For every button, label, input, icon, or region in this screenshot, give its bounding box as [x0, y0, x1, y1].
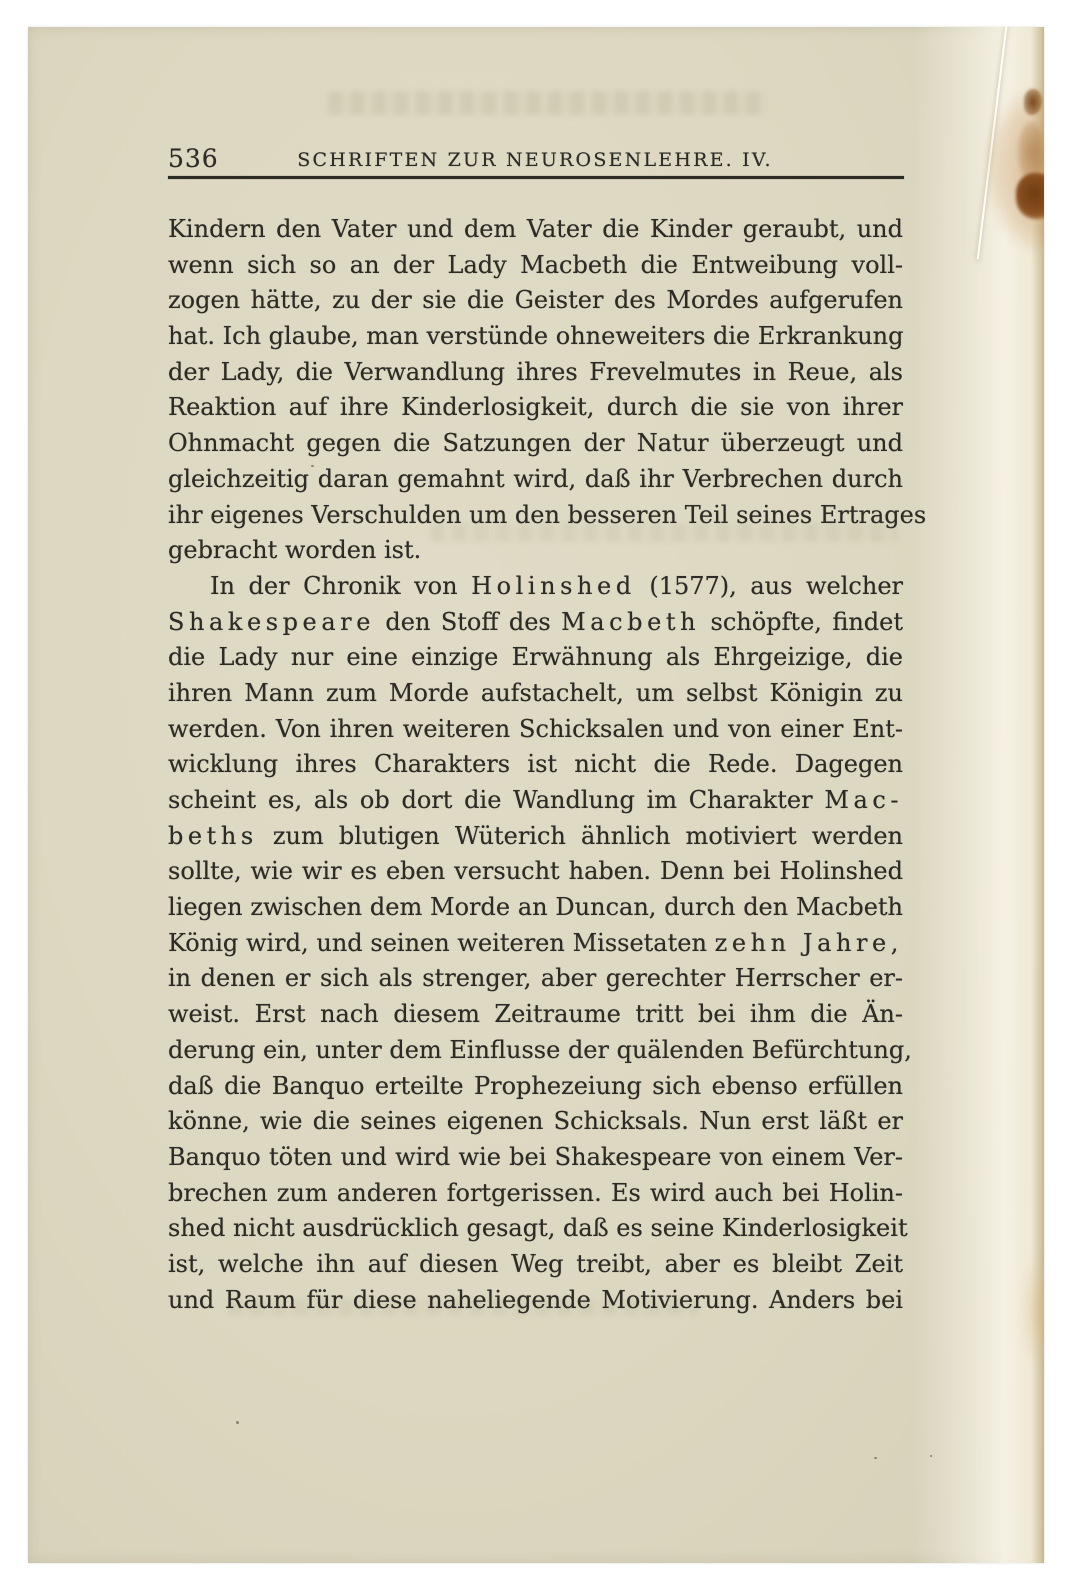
- text-line: ihren Mann zum Morde aufstachelt, um sel…: [168, 676, 903, 712]
- book-page-sheet: 536 SCHRIFTEN ZUR NEUROSENLEHRE. IV. Kin…: [28, 27, 1044, 1563]
- text-line: hat. Ich glaube, man verstünde ohneweite…: [168, 319, 903, 355]
- text-line: der Lady, die Verwandlung ihres Frevelmu…: [168, 355, 903, 391]
- show-through-ghost: [328, 91, 768, 115]
- text-line: daß die Banquo erteilte Prophezeiung sic…: [168, 1069, 903, 1105]
- text-line: zogen hätte, zu der sie die Geister des …: [168, 283, 903, 319]
- text-line: könne, wie die seines eigenen Schicksals…: [168, 1104, 903, 1140]
- paper-speck: [874, 1457, 877, 1459]
- text-line: weist. Erst nach diesem Zeitraume tritt …: [168, 997, 903, 1033]
- text-line: scheint es, als ob dort die Wandlung im …: [168, 783, 903, 819]
- text-line: derung ein, unter dem Einflusse der quäl…: [168, 1033, 903, 1069]
- letterspaced-word: zehn Jahre,: [715, 929, 903, 957]
- text-line: sollte, wie wir es eben versucht haben. …: [168, 854, 903, 890]
- text-line: In der Chronik von Holinshed (1577), aus…: [168, 569, 903, 605]
- text-line: und Raum für diese naheliegende Motivier…: [168, 1283, 903, 1319]
- text-line: werden. Von ihren weiteren Schicksalen u…: [168, 712, 903, 748]
- text-line: in denen er sich als strenger, aber gere…: [168, 961, 903, 997]
- stain-blob-big: [1016, 173, 1044, 219]
- text-line: Banquo töten und wird wie bei Shakespear…: [168, 1140, 903, 1176]
- text-line: die Lady nur eine einzige Erwähnung als …: [168, 640, 903, 676]
- text-line: König wird, und seinen weiteren Missetat…: [168, 926, 903, 962]
- letterspaced-word: Mac-: [824, 786, 903, 814]
- letterspaced-word: Macbeth: [561, 608, 700, 636]
- text-line: brechen zum anderen fortgerissen. Es wir…: [168, 1176, 903, 1212]
- text-line: gleichzeitig daran gemahnt wird, daß ihr…: [168, 462, 903, 498]
- smudge-bottom-right: [1020, 1257, 1044, 1367]
- text-line: Reaktion auf ihre Kinderlosigkeit, durch…: [168, 390, 903, 426]
- letterspaced-word: beths: [168, 822, 258, 850]
- letterspaced-word: Holinshed: [471, 572, 636, 600]
- text-line: ist, welche ihn auf diesen Weg treibt, a…: [168, 1247, 903, 1283]
- body-text: Kindern den Vater und dem Vater die Kind…: [168, 212, 903, 1318]
- running-title: SCHRIFTEN ZUR NEUROSENLEHRE. IV.: [168, 149, 902, 171]
- text-line: liegen zwischen dem Morde an Duncan, dur…: [168, 890, 903, 926]
- text-line: wenn sich so an der Lady Macbeth die Ent…: [168, 248, 903, 284]
- page-header: 536 SCHRIFTEN ZUR NEUROSENLEHRE. IV.: [168, 144, 902, 178]
- text-line: shed nicht ausdrücklich gesagt, daß es s…: [168, 1211, 903, 1247]
- paper-speck: [930, 1455, 932, 1457]
- letterspaced-word: Shakespeare: [168, 608, 375, 636]
- text-line: beths zum blutigen Wüterich ähnlich moti…: [168, 819, 903, 855]
- text-line: Shakespeare den Stoff des Macbeth schöpf…: [168, 605, 903, 641]
- header-rule: [168, 176, 904, 179]
- text-line: Ohnmacht gegen die Satzungen der Natur ü…: [168, 426, 903, 462]
- text-line: Kindern den Vater und dem Vater die Kind…: [168, 212, 903, 248]
- paper-speck: [236, 1421, 239, 1424]
- text-line: ihr eigenes Verschulden um den besseren …: [168, 498, 903, 534]
- scan-surface: 536 SCHRIFTEN ZUR NEUROSENLEHRE. IV. Kin…: [0, 0, 1079, 1593]
- text-line: gebracht worden ist.: [168, 533, 903, 569]
- text-line: wicklung ihres Charakters ist nicht die …: [168, 747, 903, 783]
